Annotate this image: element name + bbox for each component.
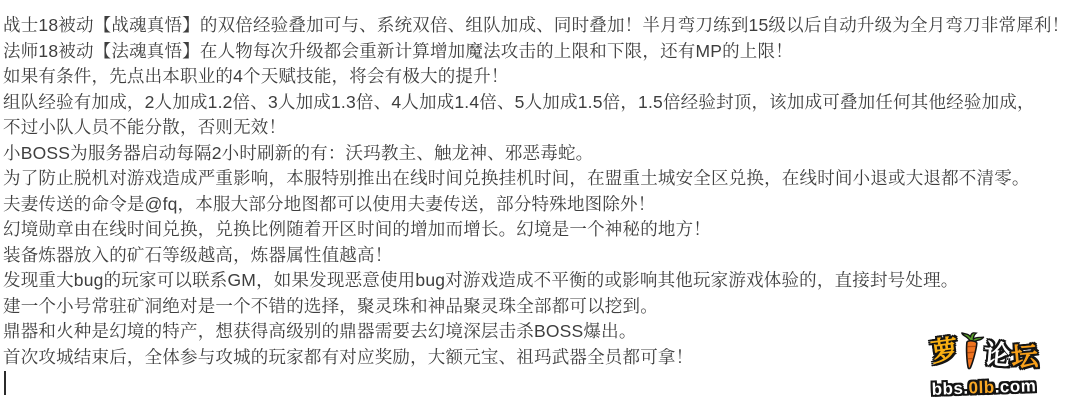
watermark-url-com: .com [994, 376, 1036, 396]
notice-line: 如果有条件，先点出本职业的4个天赋技能，将会有极大的提升！ [3, 64, 1067, 90]
watermark-url: bbs.0lb.com [903, 375, 1066, 400]
notice-line: 为了防止脱机对游戏造成严重影响，本服特别推出在线时间兑换挂机时间，在盟重土城安全… [3, 166, 1067, 192]
watermark-title: 萝 论 坛 [903, 332, 1065, 372]
notice-line: 组队经验有加成，2人加成1.2倍、3人加成1.3倍、4人加成1.4倍、5人加成1… [3, 90, 1067, 116]
notice-line: 夫妻传送的命令是@fq，本服大部分地图都可以使用夫妻传送，部分特殊地图除外！ [3, 192, 1067, 218]
notice-line: 小BOSS为服务器启动每隔2小时刷新的有：沃玛教主、触龙神、邪恶毒蛇。 [3, 141, 1067, 167]
watermark-char-luo: 萝 [929, 334, 960, 367]
watermark-char-tan: 坛 [1009, 341, 1039, 373]
notice-line: 战士18被动【战魂真悟】的双倍经验叠加可与、系统双倍、组队加成、同时叠加！半月弯… [3, 13, 1067, 39]
notice-line: 法师18被动【法魂真悟】在人物每次升级都会重新计算增加魔法攻击的上限和下限，还有… [3, 39, 1067, 65]
notice-line: 建一个小号常驻矿洞绝对是一个不错的选择，聚灵珠和神品聚灵珠全部都可以挖到。 [3, 294, 1067, 320]
watermark-url-0lb: 0lb [968, 378, 995, 398]
notice-line: 发现重大bug的玩家可以联系GM，如果发现恶意使用bug对游戏造成不平衡的或影响… [3, 268, 1067, 294]
text-caret [4, 371, 6, 395]
notice-line: 幻境勋章由在线时间兑换，兑换比例随着开区时间的增加而增长。幻境是一个神秘的地方！ [3, 217, 1067, 243]
forum-watermark-logo: 萝 论 坛 bbs.0lb.com [903, 332, 1065, 398]
carrot-icon [957, 331, 985, 371]
watermark-url-bbs: bbs. [931, 379, 969, 399]
notice-line: 不过小队人员不能分散，否则无效！ [3, 115, 1067, 141]
notice-line: 装备炼器放入的矿石等级越高，炼器属性值越高！ [3, 243, 1067, 269]
watermark-char-lun: 论 [982, 339, 1012, 371]
